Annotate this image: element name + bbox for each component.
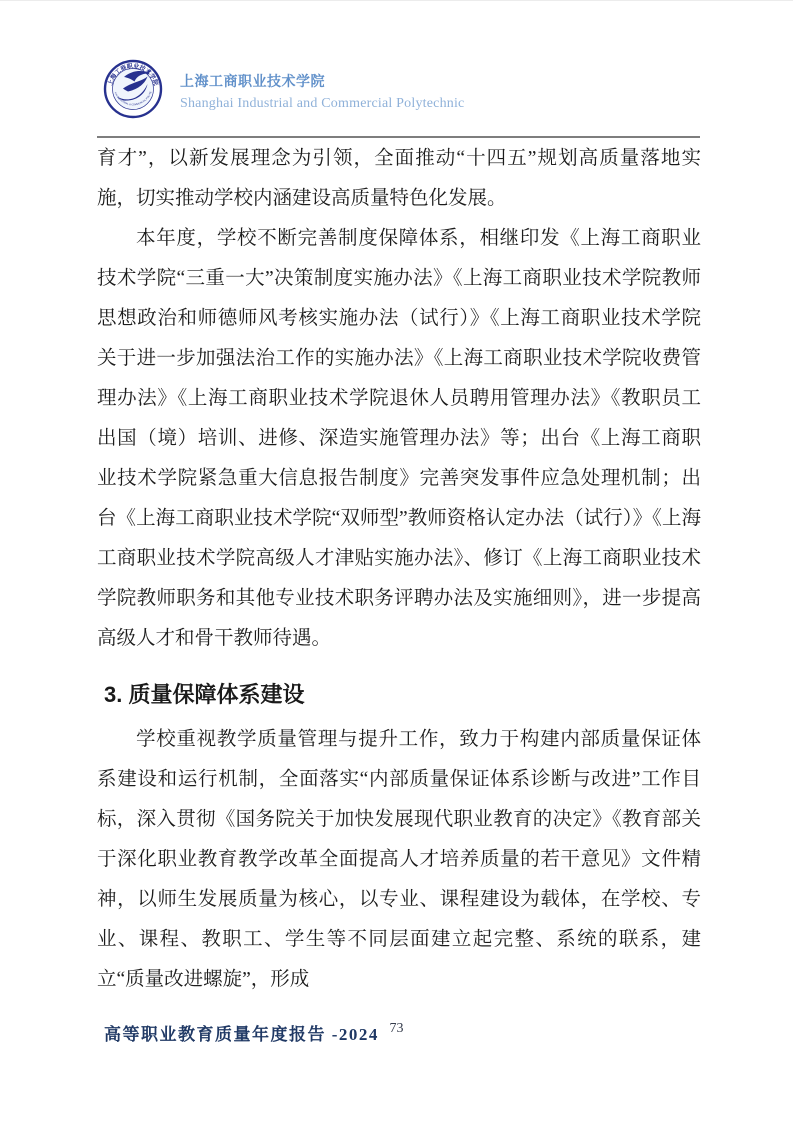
header-divider — [97, 136, 700, 138]
section-heading: 3. 质量保障体系建设 — [104, 680, 701, 710]
school-logo-icon: 上海工商职业技术学院 SHANGHAI INDUSTRIAL & COMMERC… — [103, 58, 163, 120]
page-number: 73 — [0, 1021, 793, 1037]
school-name-zh: 上海工商职业技术学院 — [180, 71, 325, 91]
document-body: 育才”，以新发展理念为引领，全面推动“十四五”规划高质量落地实施，切实推动学校内… — [97, 139, 701, 1000]
paragraph-quality-system: 学校重视教学质量管理与提升工作，致力于构建内部质量保证体系建设和运行机制，全面落… — [97, 720, 701, 1000]
school-name-en: Shanghai Industrial and Commercial Polyt… — [180, 96, 464, 112]
paragraph-continuation: 育才”，以新发展理念为引领，全面推动“十四五”规划高质量落地实施，切实推动学校内… — [97, 139, 701, 219]
document-page: 上海工商职业技术学院 SHANGHAI INDUSTRIAL & COMMERC… — [0, 0, 793, 1122]
paragraph-policies: 本年度，学校不断完善制度保障体系，相继印发《上海工商职业技术学院“三重一大”决策… — [97, 219, 701, 659]
